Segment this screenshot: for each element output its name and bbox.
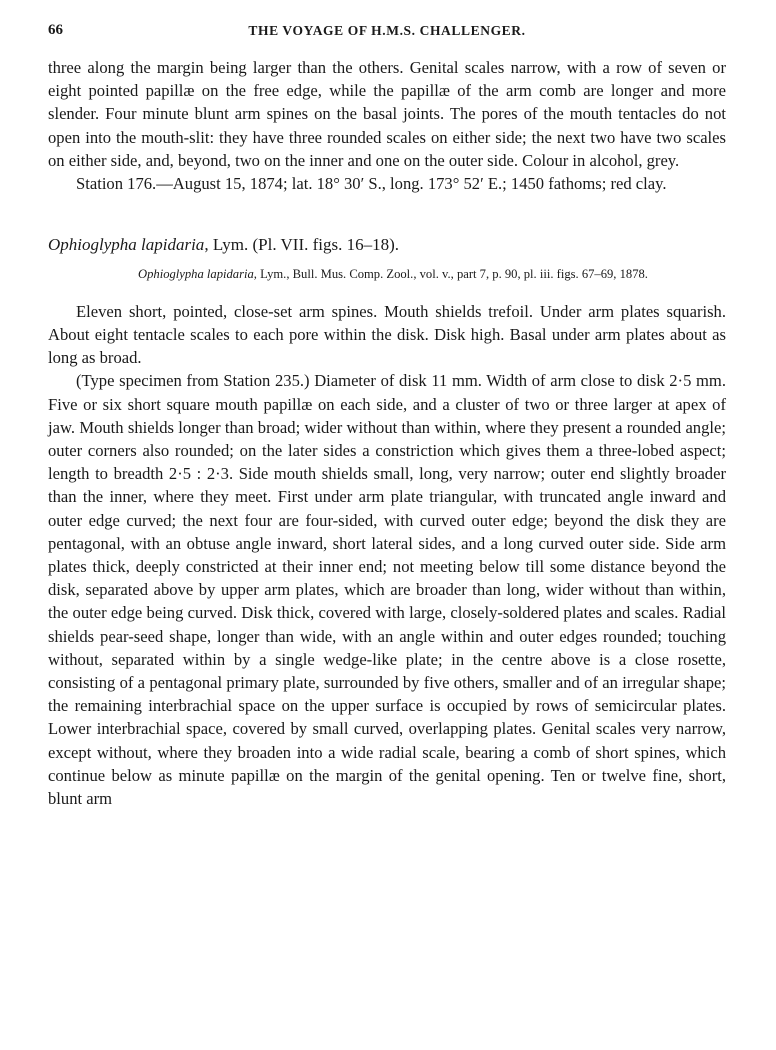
page-body: three along the margin being larger than… bbox=[48, 56, 726, 810]
continuation-paragraph: three along the margin being larger than… bbox=[48, 56, 726, 172]
book-page: 66 THE VOYAGE OF H.M.S. CHALLENGER. thre… bbox=[0, 0, 776, 1050]
running-title: THE VOYAGE OF H.M.S. CHALLENGER. bbox=[48, 23, 726, 39]
citation-name: Ophioglypha lapidaria bbox=[138, 267, 254, 281]
species-name: Ophioglypha lapidaria bbox=[48, 235, 204, 254]
diagnosis-paragraph: Eleven short, pointed, close-set arm spi… bbox=[48, 300, 726, 370]
species-authority: , Lym. (Pl. VII. figs. 16–18). bbox=[204, 235, 399, 254]
species-heading: Ophioglypha lapidaria, Lym. (Pl. VII. fi… bbox=[48, 233, 726, 256]
description-paragraph: (Type specimen from Station 235.) Diamet… bbox=[48, 369, 726, 810]
page-header: 66 THE VOYAGE OF H.M.S. CHALLENGER. bbox=[48, 22, 726, 46]
citation-reference: , Lym., Bull. Mus. Comp. Zool., vol. v.,… bbox=[254, 267, 648, 281]
station-line: Station 176.—August 15, 1874; lat. 18° 3… bbox=[48, 172, 726, 195]
species-citation: Ophioglypha lapidaria, Lym., Bull. Mus. … bbox=[138, 266, 726, 284]
